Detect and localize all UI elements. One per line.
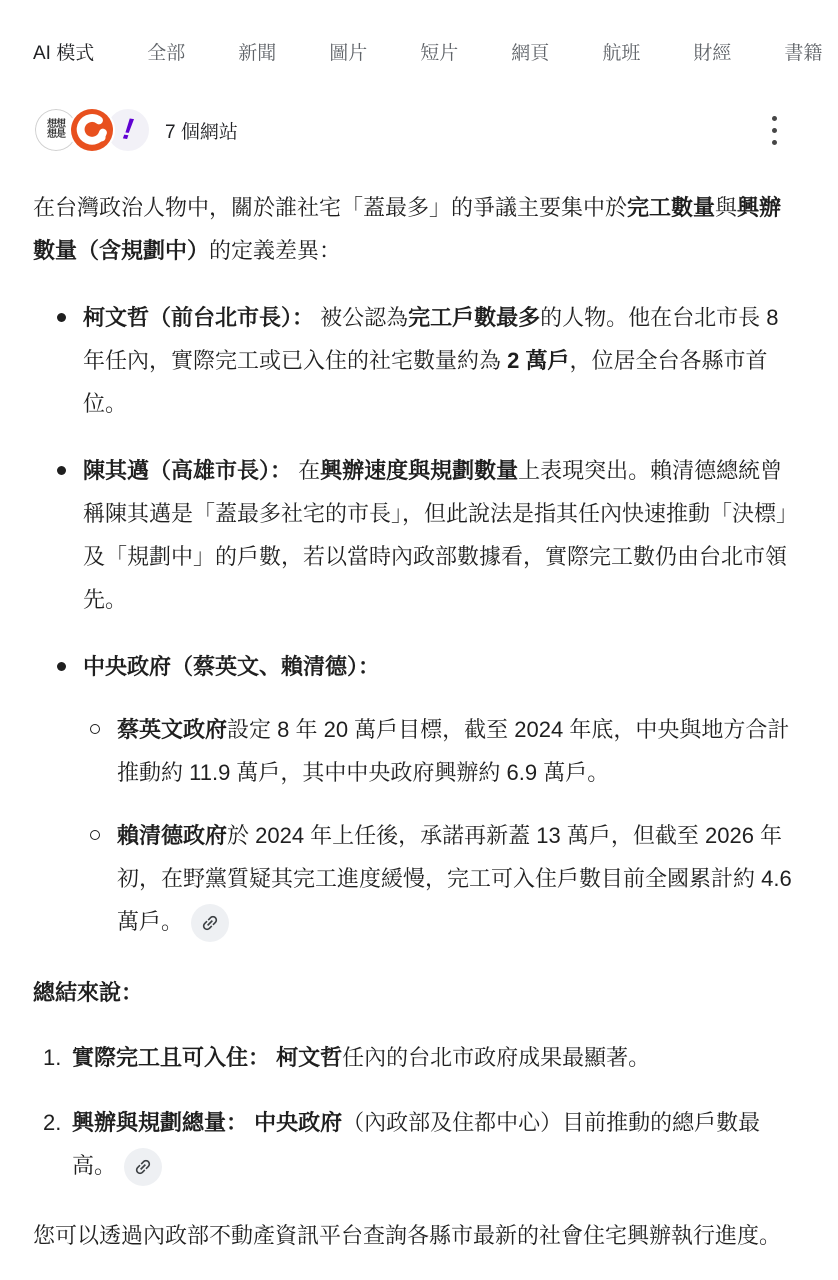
source-favicons[interactable]: 想想 想是 ! [33, 107, 151, 153]
ai-answer: 在台灣政治人物中，關於誰社宅「蓋最多」的爭議主要集中於完工數量與興辦數量（含規劃… [0, 186, 838, 1257]
more-options-button[interactable] [758, 110, 790, 150]
tab-books[interactable]: 書籍 [784, 42, 822, 66]
link-icon [129, 1153, 157, 1181]
dot [772, 128, 777, 133]
list-item-tsai-government: 蔡英文政府設定 8 年 20 萬戶目標，截至 2024 年底，中央與地方合計推動… [83, 708, 798, 794]
summary-list: 1. 實際完工且可入住： 柯文哲任內的台北市政府成果最顯著。 2. 興辦與規劃總… [33, 1036, 798, 1187]
dot [772, 140, 777, 145]
citation-link-button[interactable] [124, 1148, 162, 1186]
list-item-text: 陳其邁（高雄市長）： 在興辦速度與規劃數量上表現突出。賴清德總統曾稱陳其邁是「蓋… [83, 458, 798, 612]
list-item-text: 興辦與規劃總量： 中央政府（內政部及住都中心）目前推動的總戶數最高。 [72, 1110, 760, 1178]
tab-all[interactable]: 全部 [147, 42, 185, 66]
list-item-text: 中央政府（蔡英文、賴清德）： [83, 654, 380, 679]
tab-ai-mode[interactable]: AI 模式 [33, 42, 94, 66]
central-gov-sublist: 蔡英文政府設定 8 年 20 萬戶目標，截至 2024 年底，中央與地方合計推動… [83, 708, 798, 943]
tab-shorts[interactable]: 短片 [420, 42, 458, 66]
site-favicon-smile [69, 107, 115, 153]
list-item-ko-wen-je: 柯文哲（前台北市長）： 被公認為完工戶數最多的人物。他在台北市長 8 年任內，實… [33, 296, 798, 425]
sources-header: 想想 想是 ! 7 個網站 [0, 106, 838, 154]
link-icon [196, 909, 224, 937]
list-item-central-government: 中央政府（蔡英文、賴清德）： 蔡英文政府設定 8 年 20 萬戶目標，截至 20… [33, 645, 798, 943]
list-item-text: 蔡英文政府設定 8 年 20 萬戶目標，截至 2024 年底，中央與地方合計推動… [117, 717, 789, 785]
list-item-lai-government: 賴清德政府於 2024 年上任後，承諾再新蓋 13 萬戶，但截至 2026 年初… [83, 814, 798, 943]
search-tabs: AI 模式 全部 新聞 圖片 短片 網頁 航班 財經 書籍 [0, 0, 838, 66]
smile-icon [71, 107, 113, 153]
list-item-text: 柯文哲（前台北市長）： 被公認為完工戶數最多的人物。他在台北市長 8 年任內，實… [83, 305, 779, 416]
seal-text: 想想 想是 [47, 120, 65, 140]
intro-paragraph: 在台灣政治人物中，關於誰社宅「蓋最多」的爭議主要集中於完工數量與興辦數量（含規劃… [33, 186, 798, 272]
list-number: 1. [43, 1036, 61, 1079]
list-item-text: 實際完工且可入住： 柯文哲任內的台北市政府成果最顯著。 [72, 1045, 650, 1070]
tab-images[interactable]: 圖片 [329, 42, 367, 66]
tab-flights[interactable]: 航班 [602, 42, 640, 66]
list-number: 2. [43, 1101, 61, 1144]
tab-finance[interactable]: 財經 [693, 42, 731, 66]
list-item-chen-chi-mai: 陳其邁（高雄市長）： 在興辦速度與規劃數量上表現突出。賴清德總統曾稱陳其邁是「蓋… [33, 449, 798, 621]
summary-item-planned: 2. 興辦與規劃總量： 中央政府（內政部及住都中心）目前推動的總戶數最高。 [33, 1101, 798, 1187]
summary-heading: 總結來說： [33, 971, 798, 1014]
footer-paragraph: 您可以透過內政部不動產資訊平台查詢各縣市最新的社會住宅興辦執行進度。 [33, 1214, 798, 1257]
dot [772, 116, 777, 121]
sources-count-label[interactable]: 7 個網站 [165, 117, 238, 144]
politician-list: 柯文哲（前台北市長）： 被公認為完工戶數最多的人物。他在台北市長 8 年任內，實… [33, 296, 798, 943]
tab-news[interactable]: 新聞 [238, 42, 276, 66]
tab-web[interactable]: 網頁 [511, 42, 549, 66]
exclamation-icon: ! [121, 114, 135, 145]
summary-item-completed: 1. 實際完工且可入住： 柯文哲任內的台北市政府成果最顯著。 [33, 1036, 798, 1079]
citation-link-button[interactable] [191, 904, 229, 942]
